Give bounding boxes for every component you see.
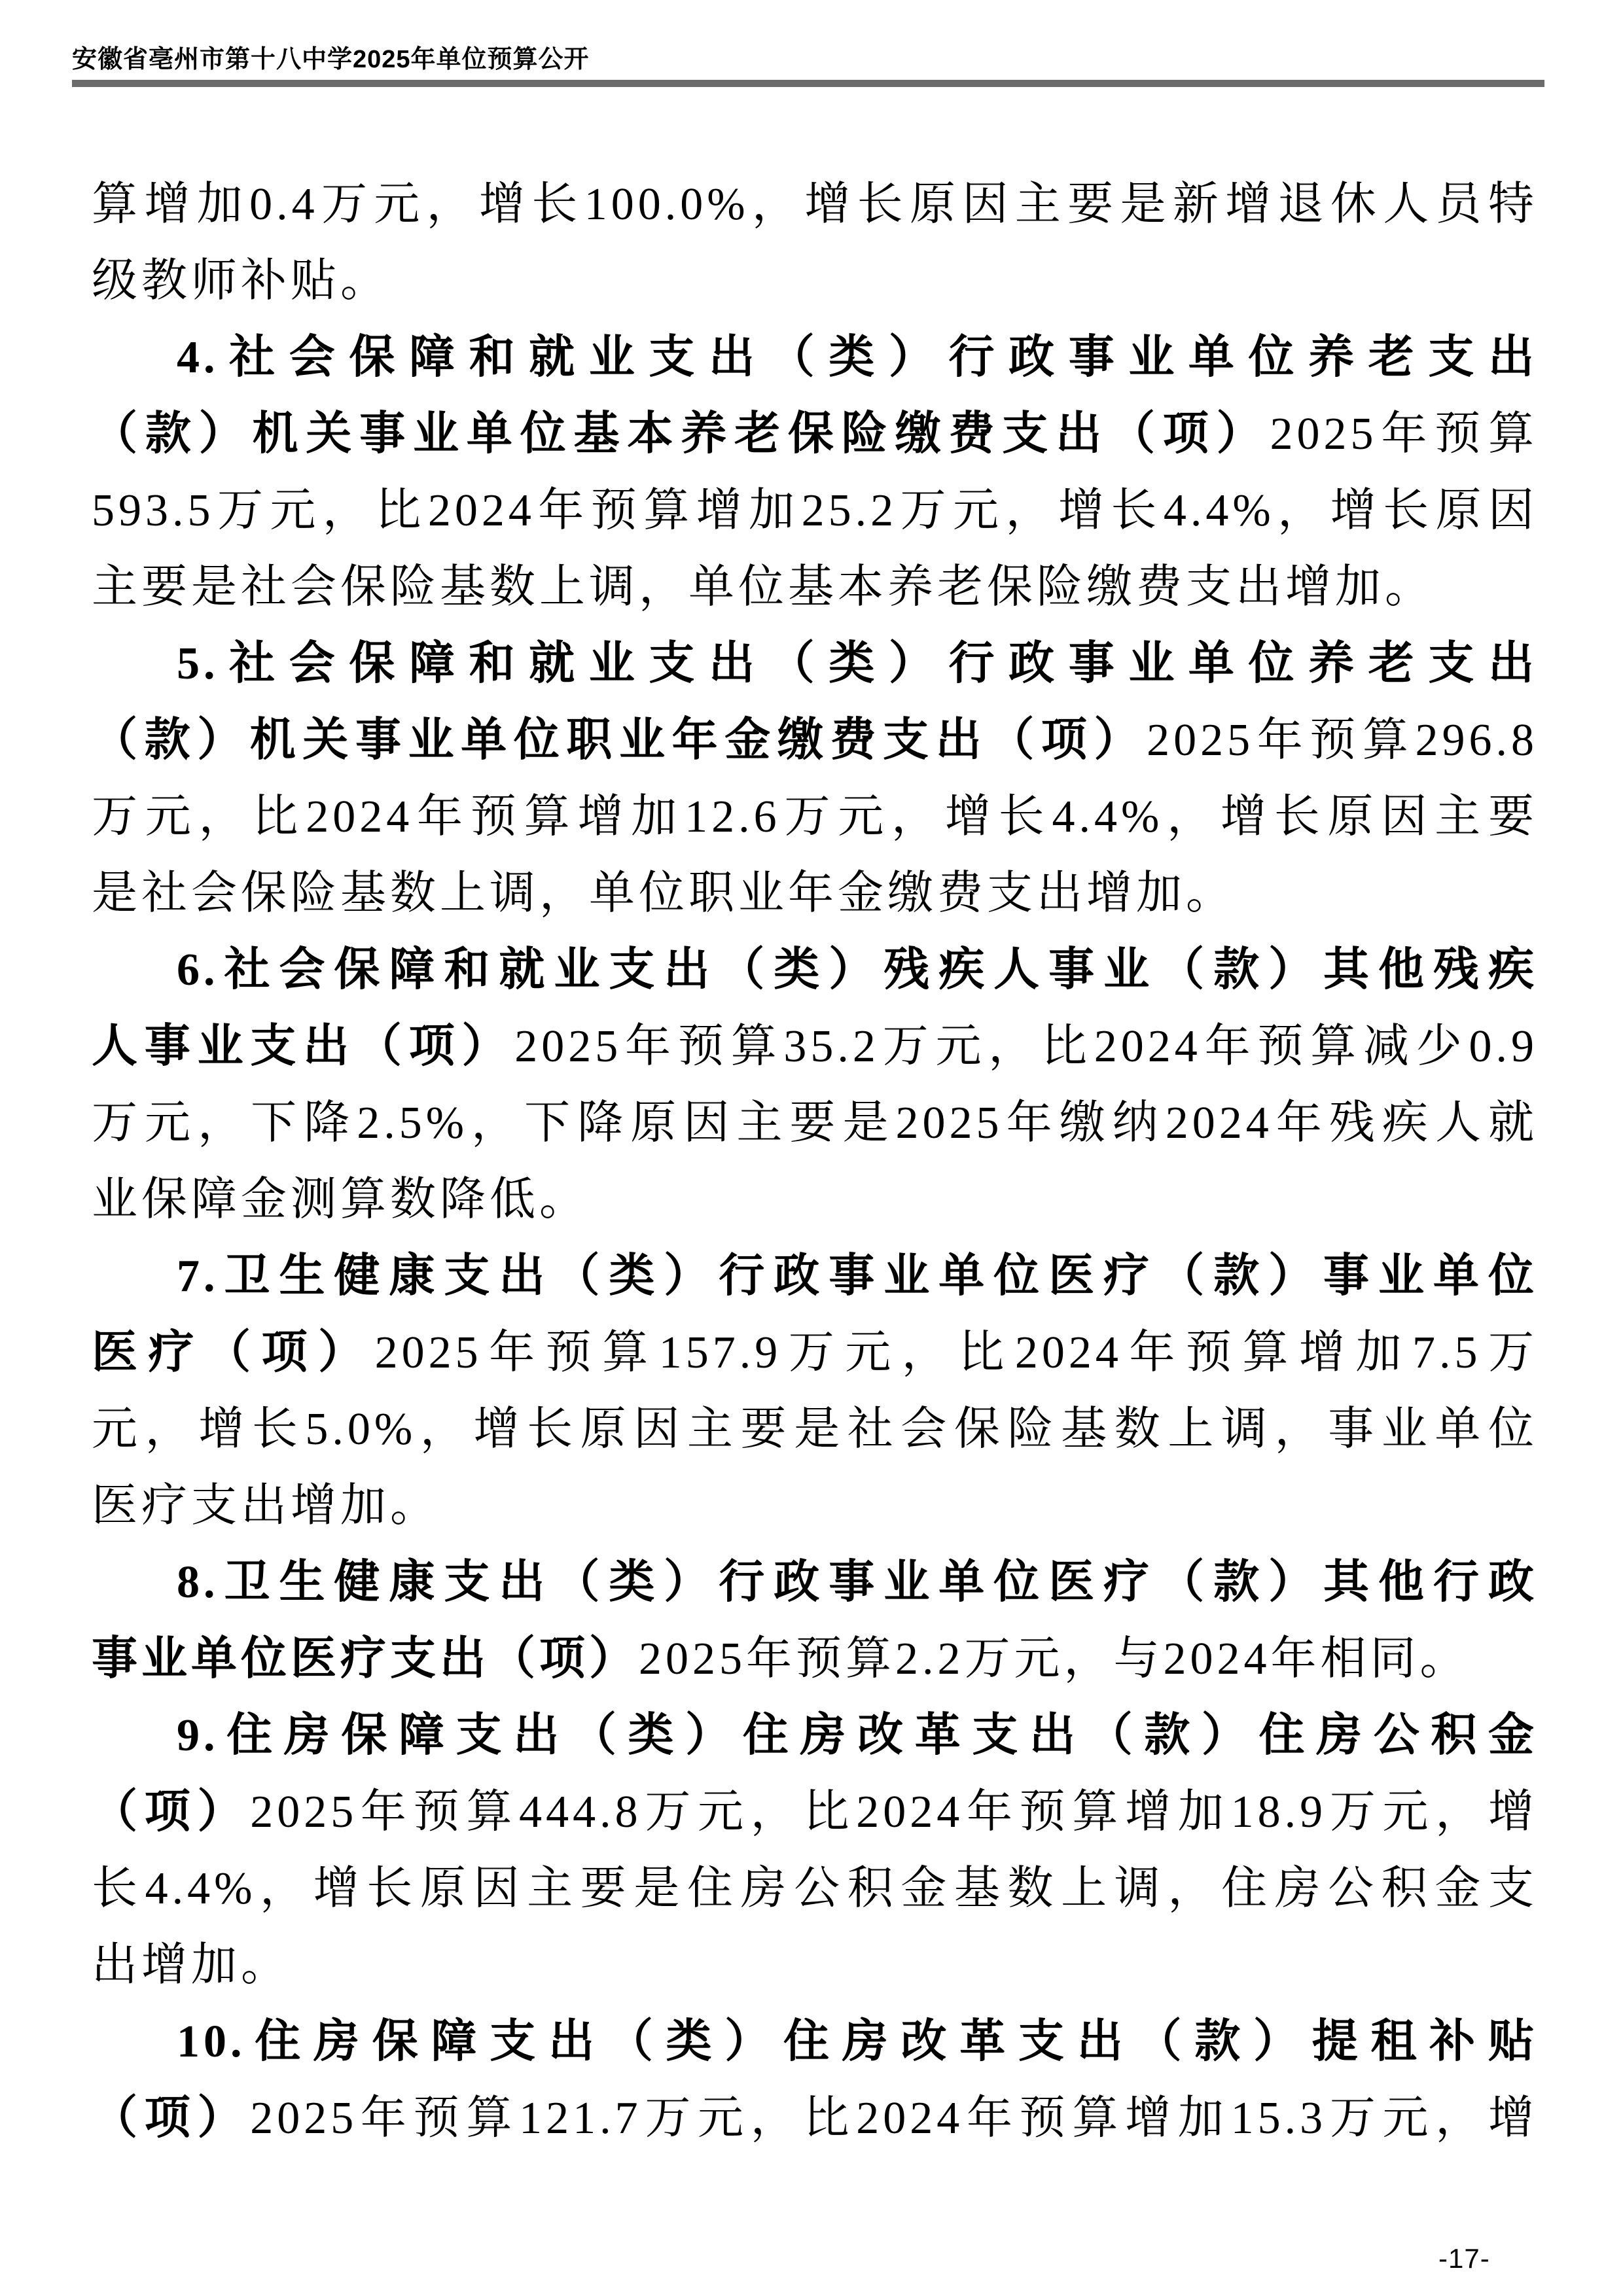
- paragraph: 5.社会保障和就业支出（类）行政事业单位养老支出（款）机关事业单位职业年金缴费支…: [92, 626, 1538, 932]
- paragraph: 6.社会保障和就业支出（类）残疾人事业（款）其他残疾人事业支出（项）2025年预…: [92, 932, 1538, 1238]
- budget-item-title: 10.住房保障支出（类）住房改革支出（款）提租补贴: [177, 2017, 1538, 2067]
- budget-item-title: 9.住房保障支出（类）住房改革支出（款）住房公积金: [177, 1710, 1538, 1761]
- text-line: 万元，比2024年预算增加12.6万元，增长4.4%，增长原因主要: [92, 779, 1538, 855]
- budget-item-title: 事业单位医疗支出（项）: [92, 1634, 639, 1684]
- document-body: 算增加0.4万元，增长100.0%，增长原因主要是新增退休人员特级教师补贴。4.…: [92, 166, 1538, 2157]
- budget-item-title: 8.卫生健康支出（类）行政事业单位医疗（款）其他行政: [177, 1557, 1538, 1608]
- page-number: -17-: [1438, 2243, 1490, 2274]
- budget-item-title: （款）机关事业单位职业年金缴费支出（项）: [92, 715, 1147, 766]
- text-segment: 万元，比2024年预算增加12.6万元，增长4.4%，增长原因主要: [92, 792, 1538, 842]
- paragraph: 9.住房保障支出（类）住房改革支出（款）住房公积金（项）2025年预算444.8…: [92, 1697, 1538, 2004]
- paragraph: 7.卫生健康支出（类）行政事业单位医疗（款）事业单位医疗（项）2025年预算15…: [92, 1238, 1538, 1544]
- text-line: 5.社会保障和就业支出（类）行政事业单位养老支出: [92, 626, 1538, 702]
- text-segment: 业保障金测算数降低。: [92, 1174, 589, 1225]
- text-segment: 出增加。: [92, 1940, 291, 1990]
- text-segment: 593.5万元，比2024年预算增加25.2万元，增长4.4%，增长原因: [92, 486, 1538, 536]
- text-segment: 2025年预算2.2万元，与2024年相同。: [639, 1634, 1470, 1684]
- text-line: 10.住房保障支出（类）住房改革支出（款）提租补贴: [92, 2004, 1538, 2080]
- text-line: 医疗支出增加。: [92, 1468, 1538, 1544]
- text-segment: 2025年预算157.9万元，比2024年预算增加7.5万: [375, 1328, 1538, 1378]
- text-line: 4.社会保障和就业支出（类）行政事业单位养老支出: [92, 319, 1538, 396]
- text-segment: 2025年预算: [1270, 409, 1538, 459]
- text-line: 元，增长5.0%，增长原因主要是社会保险基数上调，事业单位: [92, 1391, 1538, 1468]
- budget-item-title: 6.社会保障和就业支出（类）残疾人事业（款）其他残疾: [177, 945, 1538, 995]
- text-line: 医疗（项）2025年预算157.9万元，比2024年预算增加7.5万: [92, 1315, 1538, 1391]
- text-segment: 算增加0.4万元，增长100.0%，增长原因主要是新增退休人员特: [92, 179, 1538, 230]
- budget-item-title: 医疗（项）: [92, 1328, 375, 1378]
- text-segment: 级教师补贴。: [92, 256, 390, 306]
- text-line: 事业单位医疗支出（项）2025年预算2.2万元，与2024年相同。: [92, 1621, 1538, 1697]
- text-line: 主要是社会保险基数上调，单位基本养老保险缴费支出增加。: [92, 549, 1538, 626]
- text-segment: 2025年预算296.8: [1147, 715, 1538, 766]
- text-segment: 主要是社会保险基数上调，单位基本养老保险缴费支出增加。: [92, 562, 1435, 612]
- text-line: （项）2025年预算121.7万元，比2024年预算增加15.3万元，增: [92, 2080, 1538, 2157]
- text-line: 593.5万元，比2024年预算增加25.2万元，增长4.4%，增长原因: [92, 472, 1538, 549]
- budget-item-title: 7.卫生健康支出（类）行政事业单位医疗（款）事业单位: [177, 1251, 1538, 1301]
- budget-item-title: （项）: [92, 2093, 250, 2144]
- text-segment: 万元，下降2.5%，下降原因主要是2025年缴纳2024年残疾人就: [92, 1098, 1538, 1148]
- text-line: 算增加0.4万元，增长100.0%，增长原因主要是新增退休人员特: [92, 166, 1538, 243]
- text-line: 级教师补贴。: [92, 243, 1538, 319]
- text-line: 9.住房保障支出（类）住房改革支出（款）住房公积金: [92, 1697, 1538, 1774]
- budget-item-title: 4.社会保障和就业支出（类）行政事业单位养老支出: [177, 332, 1538, 383]
- text-segment: 长4.4%，增长原因主要是住房公积金基数上调，住房公积金支: [92, 1863, 1538, 1914]
- text-segment: 元，增长5.0%，增长原因主要是社会保险基数上调，事业单位: [92, 1404, 1538, 1455]
- paragraph: 10.住房保障支出（类）住房改革支出（款）提租补贴（项）2025年预算121.7…: [92, 2004, 1538, 2157]
- text-line: 万元，下降2.5%，下降原因主要是2025年缴纳2024年残疾人就: [92, 1085, 1538, 1161]
- text-segment: 2025年预算35.2万元，比2024年预算减少0.9: [514, 1021, 1538, 1072]
- paragraph: 4.社会保障和就业支出（类）行政事业单位养老支出（款）机关事业单位基本养老保险缴…: [92, 319, 1538, 626]
- text-segment: 2025年预算444.8万元，比2024年预算增加18.9万元，增: [250, 1787, 1538, 1837]
- paragraph: 8.卫生健康支出（类）行政事业单位医疗（款）其他行政事业单位医疗支出（项）202…: [92, 1544, 1538, 1697]
- text-line: 8.卫生健康支出（类）行政事业单位医疗（款）其他行政: [92, 1544, 1538, 1621]
- text-line: 6.社会保障和就业支出（类）残疾人事业（款）其他残疾: [92, 932, 1538, 1008]
- text-line: （款）机关事业单位基本养老保险缴费支出（项）2025年预算: [92, 396, 1538, 472]
- header-title: 安徽省亳州市第十八中学2025年单位预算公开: [72, 46, 1544, 73]
- budget-item-title: 人事业支出（项）: [92, 1021, 514, 1072]
- text-line: 7.卫生健康支出（类）行政事业单位医疗（款）事业单位: [92, 1238, 1538, 1315]
- document-header: 安徽省亳州市第十八中学2025年单位预算公开: [72, 0, 1544, 87]
- text-line: 出增加。: [92, 1927, 1538, 2004]
- text-segment: 2025年预算121.7万元，比2024年预算增加15.3万元，增: [250, 2093, 1538, 2144]
- text-line: 长4.4%，增长原因主要是住房公积金基数上调，住房公积金支: [92, 1850, 1538, 1927]
- text-line: （款）机关事业单位职业年金缴费支出（项）2025年预算296.8: [92, 702, 1538, 779]
- budget-item-title: （款）机关事业单位基本养老保险缴费支出（项）: [92, 409, 1270, 459]
- document-page: 安徽省亳州市第十八中学2025年单位预算公开 算增加0.4万元，增长100.0%…: [0, 0, 1623, 2296]
- text-segment: 医疗支出增加。: [92, 1481, 440, 1531]
- budget-item-title: 5.社会保障和就业支出（类）行政事业单位养老支出: [177, 639, 1538, 689]
- header-rule: [72, 80, 1544, 87]
- text-line: 是社会保险基数上调，单位职业年金缴费支出增加。: [92, 855, 1538, 932]
- text-line: 人事业支出（项）2025年预算35.2万元，比2024年预算减少0.9: [92, 1008, 1538, 1085]
- text-line: 业保障金测算数降低。: [92, 1161, 1538, 1238]
- text-line: （项）2025年预算444.8万元，比2024年预算增加18.9万元，增: [92, 1774, 1538, 1850]
- paragraph: 算增加0.4万元，增长100.0%，增长原因主要是新增退休人员特级教师补贴。: [92, 166, 1538, 319]
- budget-item-title: （项）: [92, 1787, 250, 1837]
- text-segment: 是社会保险基数上调，单位职业年金缴费支出增加。: [92, 868, 1236, 919]
